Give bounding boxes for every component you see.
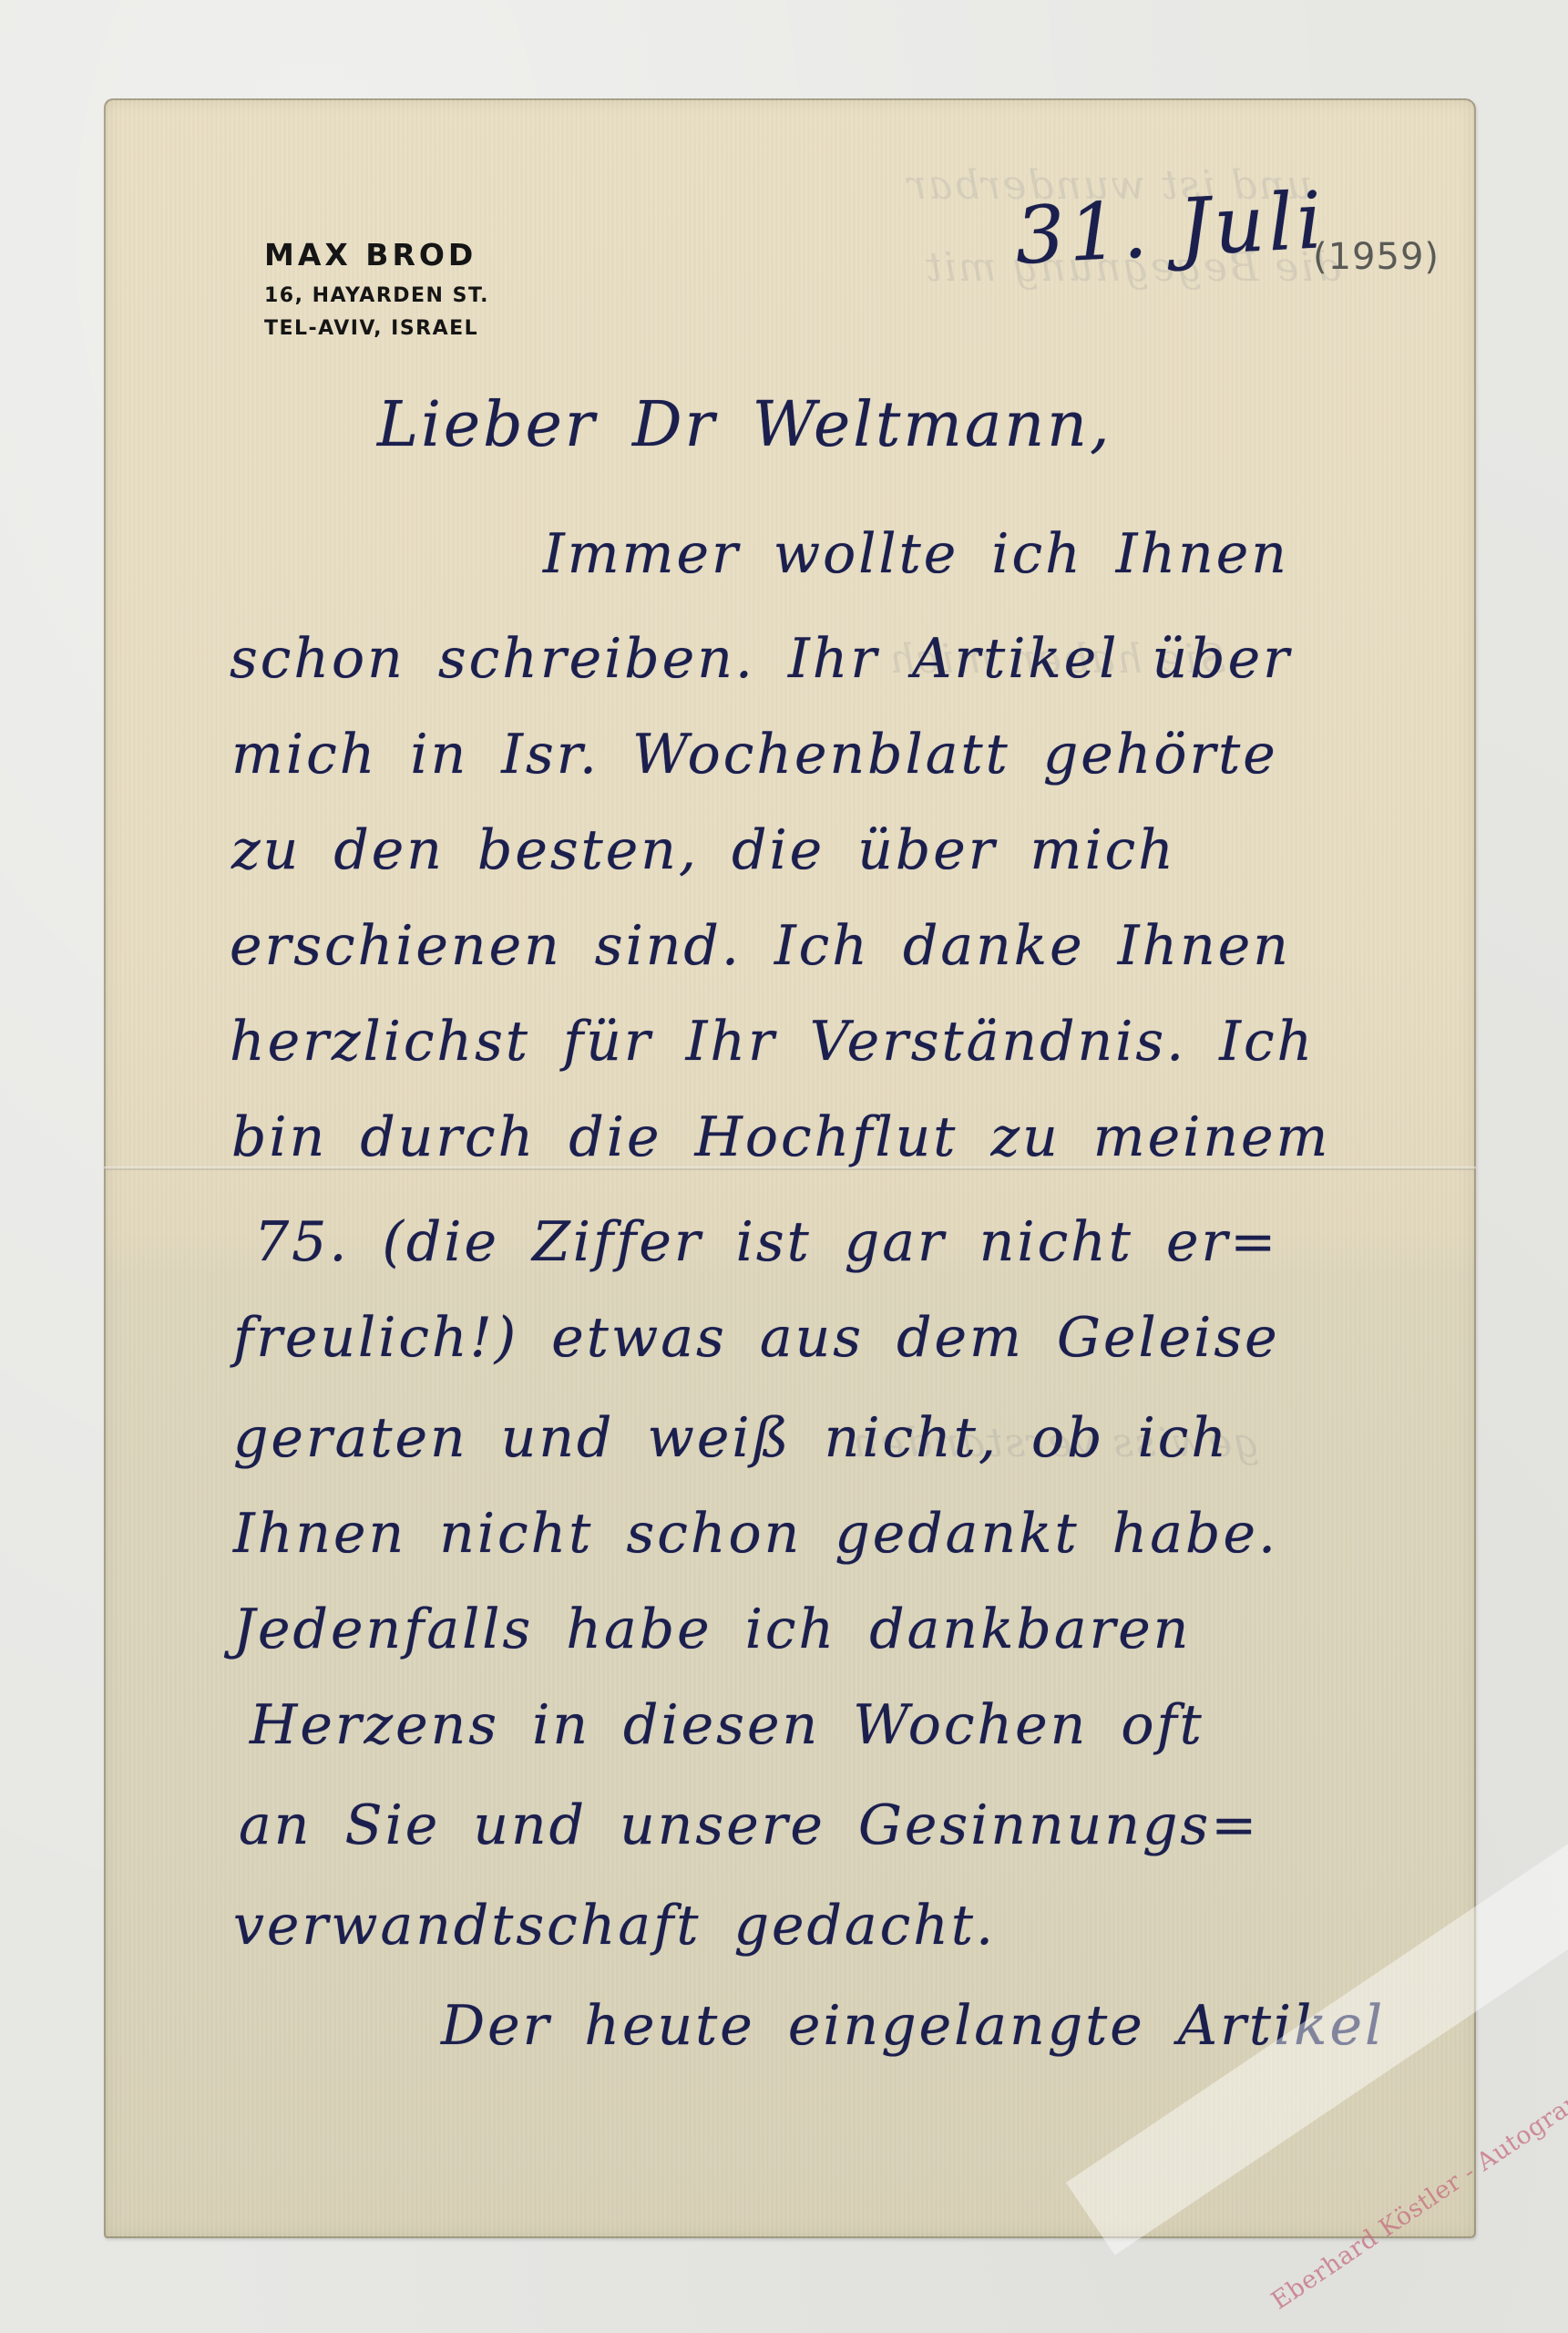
letter-line: 75. (die Ziffer ist gar nicht er= (254, 1215, 1278, 1269)
letter-line: schon schreiben. Ihr Artikel über (230, 632, 1292, 686)
letterhead-name: MAX BROD (264, 240, 489, 270)
letter-line: erschienen sind. Ich danke Ihnen (230, 919, 1291, 973)
letter-line: an Sie und unsere Gesinnungs= (239, 1798, 1259, 1853)
letter-line: Jedenfalls habe ich dankbaren (233, 1602, 1191, 1657)
letter-line: Immer wollte ich Ihnen (543, 527, 1289, 581)
pencil-year-annotation: (1959) (1313, 239, 1440, 275)
letter-line: freulich!) etwas aus dem Geleise (233, 1310, 1280, 1365)
salutation: Lieber Dr Weltmann, (377, 395, 1112, 457)
letter-line: mich in Isr. Wochenblatt gehörte (231, 727, 1278, 782)
letter-line: Der heute eingelangte Artikel (441, 1999, 1385, 2053)
letter-line: zu den besten, die über mich (231, 823, 1176, 878)
letter-line: herzlichst für Ihr Verständnis. Ich (230, 1014, 1315, 1069)
letter-line: verwandtschaft gedacht. (233, 1898, 996, 1953)
letter-sheet: und ist wunderbar die Begegnung mit Sie … (104, 98, 1476, 2238)
letter-line: Herzens in diesen Wochen oft (250, 1698, 1204, 1752)
letterhead-city: TEL-AVIV, ISRAEL (264, 319, 489, 339)
letter-line: bin durch die Hochflut zu meinem (231, 1110, 1330, 1165)
letter-line: geraten und weiß nicht, ob ich (233, 1411, 1229, 1465)
letterhead-street: 16, HAYARDEN ST. (264, 286, 489, 306)
letterhead: MAX BROD 16, HAYARDEN ST. TEL-AVIV, ISRA… (264, 240, 489, 352)
handwritten-date: 31. Juli (1013, 181, 1327, 276)
letter-line: Ihnen nicht schon gedankt habe. (233, 1506, 1278, 1561)
